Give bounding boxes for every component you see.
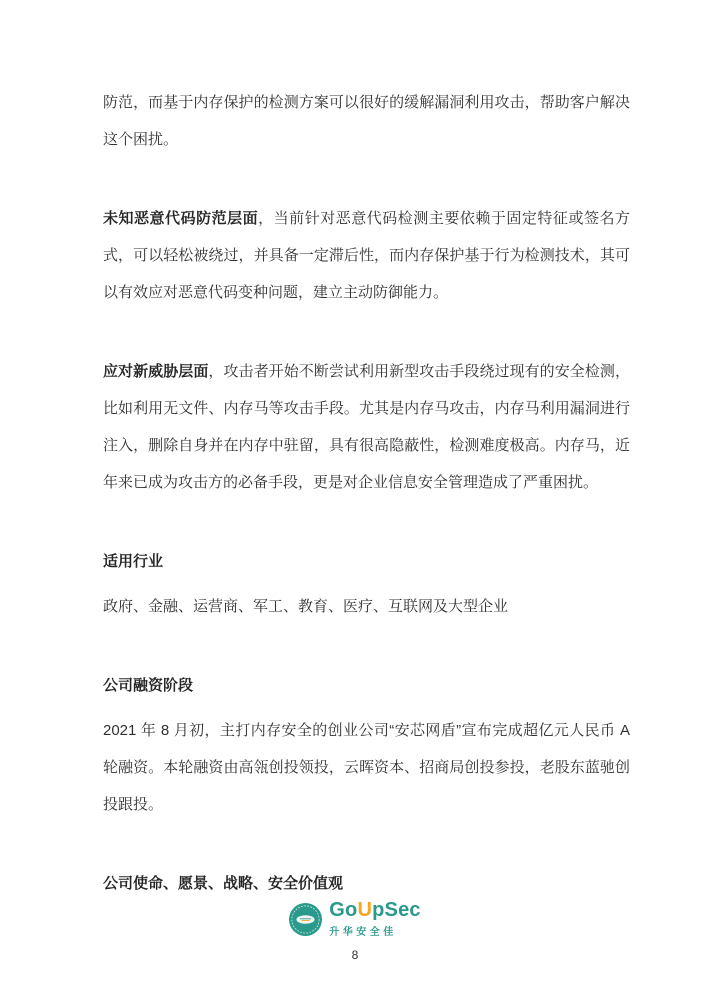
heading-mission-vision: 公司使命、愿景、战略、安全价值观 bbox=[103, 865, 630, 902]
paragraph-funding: 2021 年 8 月初，主打内存安全的创业公司“安芯网盾”宣布完成超亿元人民币 … bbox=[103, 712, 630, 823]
logo-go: Go bbox=[329, 899, 357, 921]
heading-funding-stage: 公司融资阶段 bbox=[103, 667, 630, 704]
logo-text-block: GoUpSec 升华安全佳 bbox=[329, 900, 420, 938]
paragraph-lead-bold: 应对新威胁层面 bbox=[103, 363, 208, 380]
paragraph-vulnerability-mitigation: 防范，而基于内存保护的检测方案可以很好的缓解漏洞利用攻击，帮助客户解决这个困扰。 bbox=[103, 84, 630, 158]
logo-u: U bbox=[357, 899, 372, 921]
page-footer: GoUpSec 升华安全佳 8 bbox=[0, 900, 710, 962]
paragraph-unknown-malware: 未知恶意代码防范层面，当前针对恶意代码检测主要依赖于固定特征或签名方式，可以轻松… bbox=[103, 200, 630, 311]
page-number: 8 bbox=[0, 948, 710, 962]
logo-tagline: 升华安全佳 bbox=[329, 923, 420, 938]
paragraph-text: ，攻击者开始不断尝试利用新型攻击手段绕过现有的安全检测，比如利用无文件、内存马等… bbox=[103, 363, 630, 491]
document-page: 防范，而基于内存保护的检测方案可以很好的缓解漏洞利用攻击，帮助客户解决这个困扰。… bbox=[0, 0, 710, 1004]
heading-applicable-industries: 适用行业 bbox=[103, 543, 630, 580]
goupsec-logo: GoUpSec 升华安全佳 bbox=[289, 900, 420, 938]
goupsec-badge-icon bbox=[289, 903, 322, 936]
logo-psec: pSec bbox=[372, 899, 421, 921]
paragraph-new-threats: 应对新威胁层面，攻击者开始不断尝试利用新型攻击手段绕过现有的安全检测，比如利用无… bbox=[103, 353, 630, 501]
logo-wordmark: GoUpSec bbox=[329, 900, 420, 920]
paragraph-industries-list: 政府、金融、运营商、军工、教育、医疗、互联网及大型企业 bbox=[103, 588, 630, 625]
document-body: 防范，而基于内存保护的检测方案可以很好的缓解漏洞利用攻击，帮助客户解决这个困扰。… bbox=[0, 0, 710, 902]
paragraph-text: 防范，而基于内存保护的检测方案可以很好的缓解漏洞利用攻击，帮助客户解决这个困扰。 bbox=[103, 94, 630, 148]
paragraph-lead-bold: 未知恶意代码防范层面 bbox=[103, 210, 258, 227]
